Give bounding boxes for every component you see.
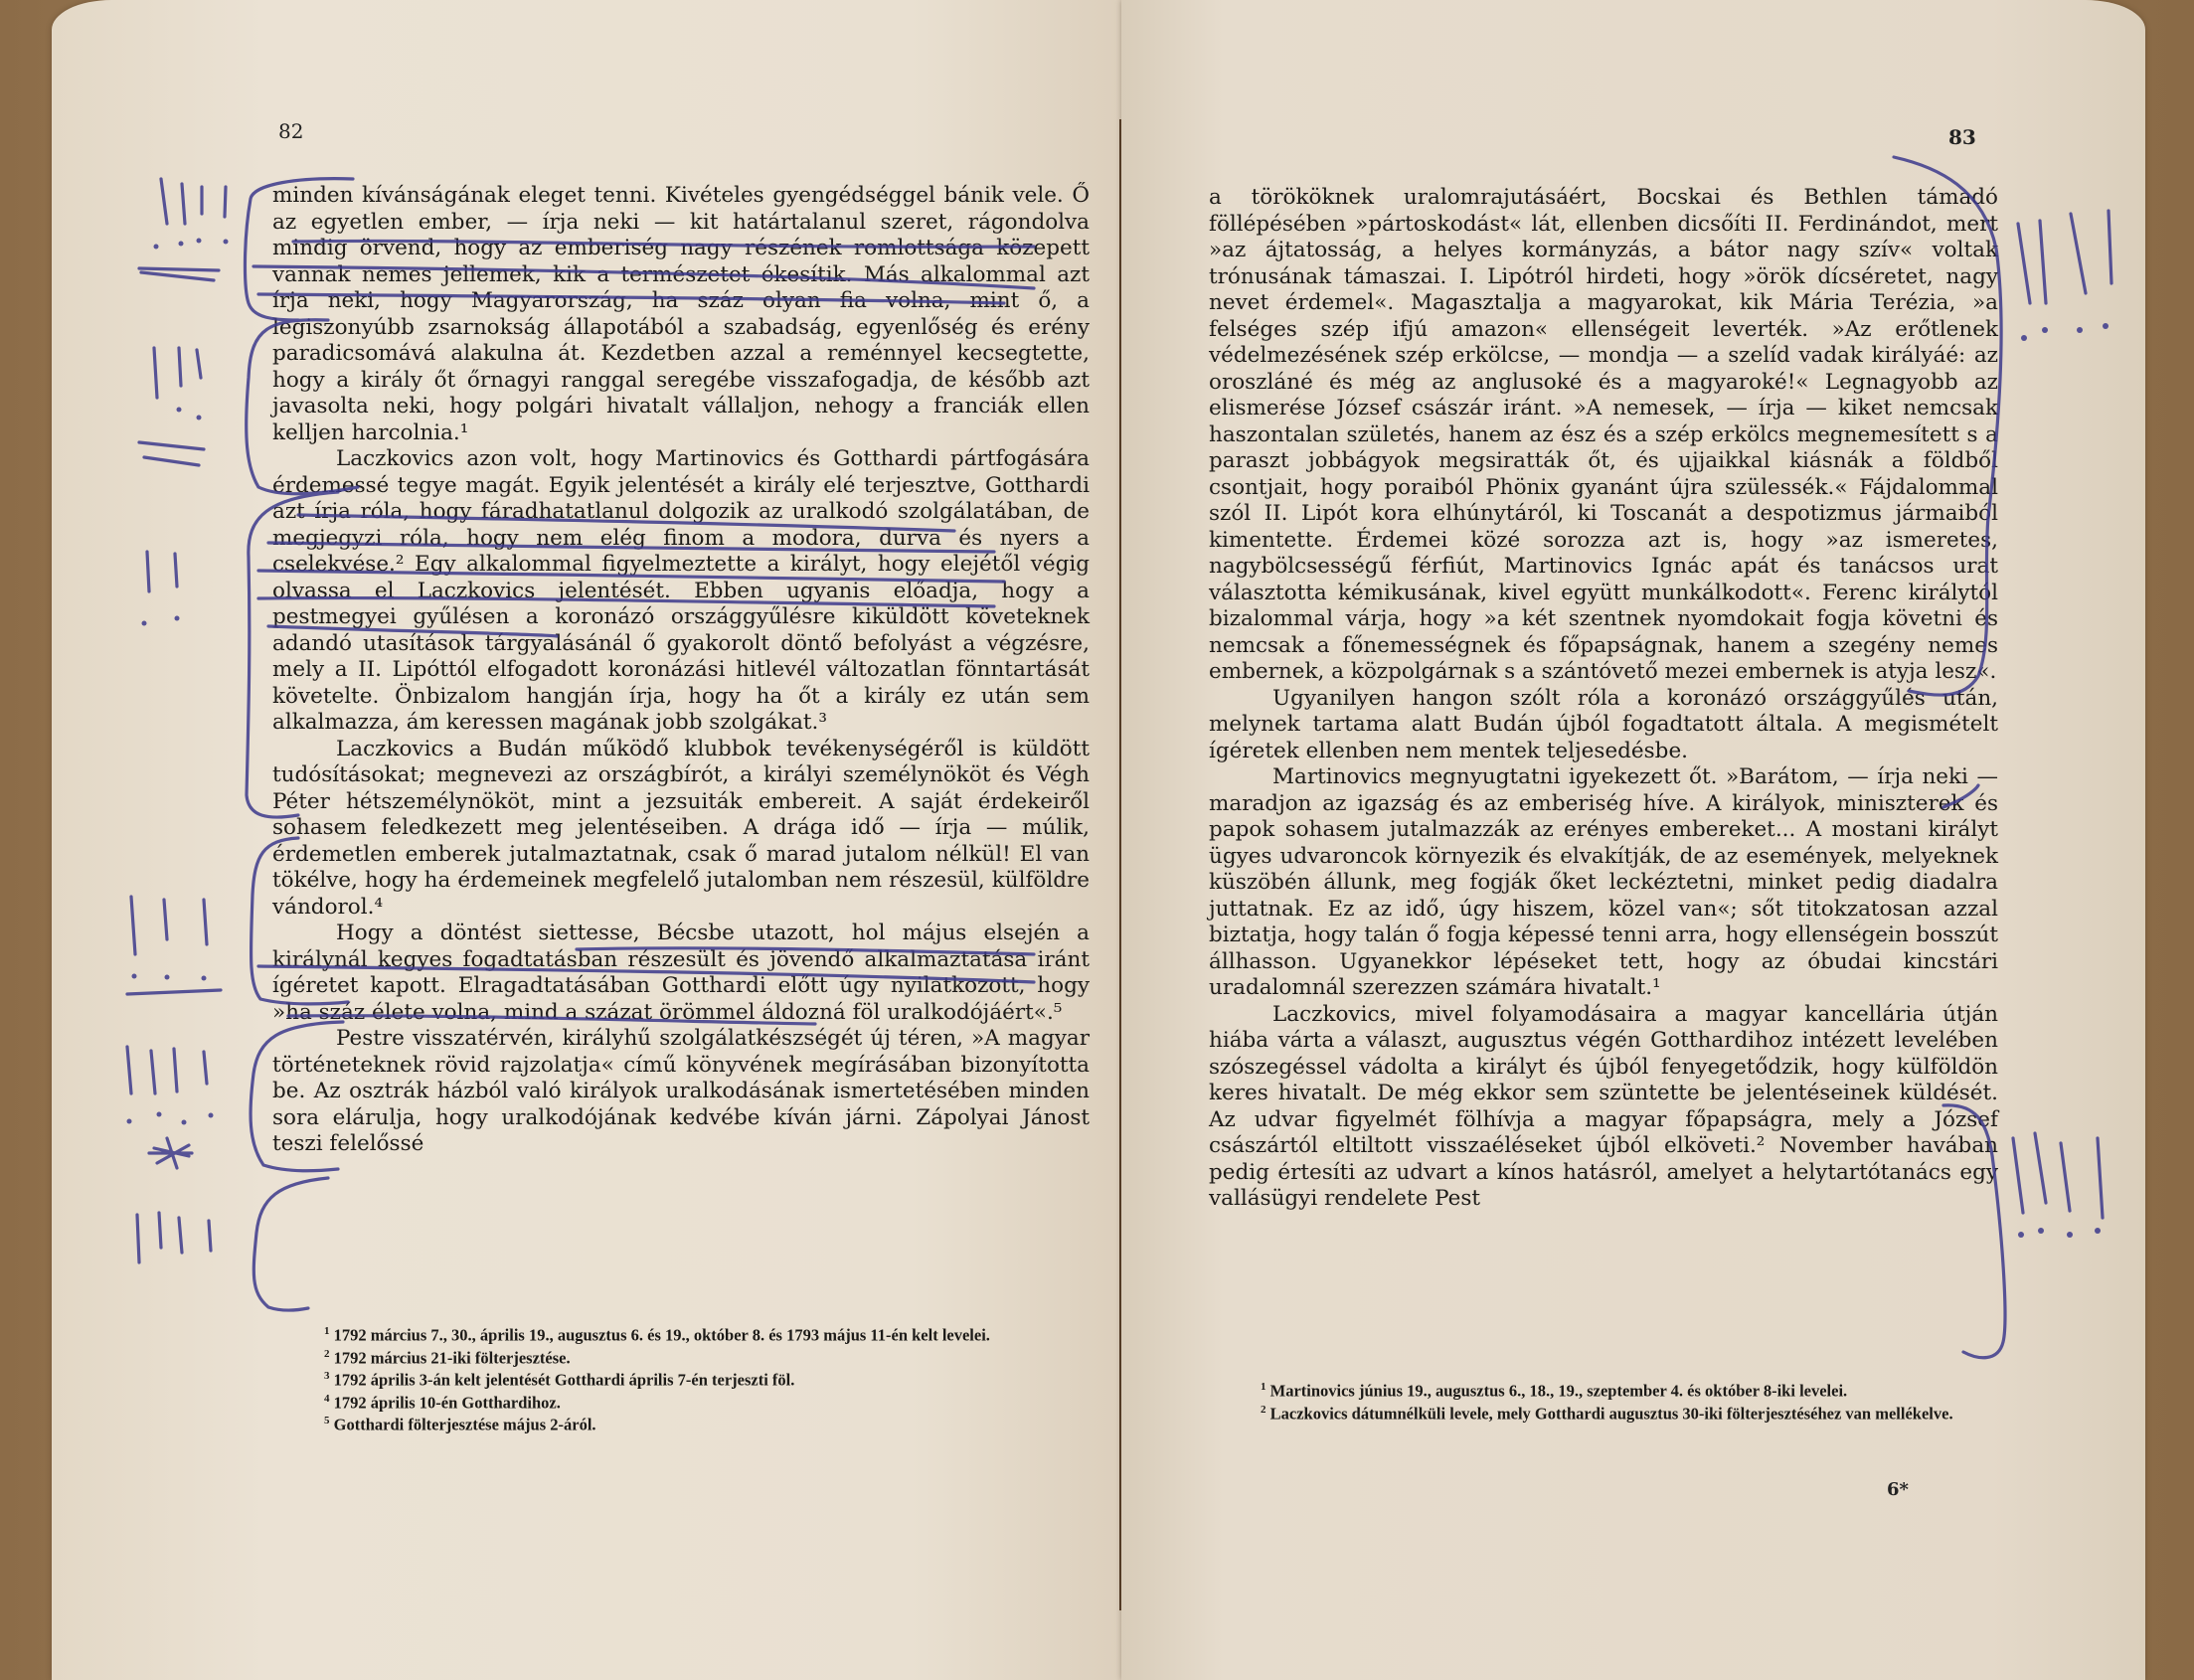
footnote: 1 Martinovics június 19., augusztus 6., … [1209,1378,1998,1401]
left-page-body: minden kívánságának eleget tenni. Kivéte… [272,183,1090,1158]
paragraph: Hogy a döntést siettesse, Bécsbe utazott… [272,921,1090,1026]
paragraph: a törököknek uralomrajutásáért, Bocskai … [1209,185,1998,686]
left-page-footnotes: 1 1792 március 7., 30., április 19., aug… [272,1322,1090,1434]
footnote: 3 1792 április 3-án kelt jelentését Gott… [272,1367,1090,1390]
page-number-right: 83 [1948,125,1976,149]
footnote: 2 1792 március 21-iki fölterjesztése. [272,1345,1090,1368]
footnote: 1 1792 március 7., 30., április 19., aug… [272,1322,1090,1345]
footnote: 4 1792 április 10-én Gotthardihoz. [272,1390,1090,1413]
right-page: 83 a törököknek uralomrajutásáért, Bocsk… [1121,0,2145,1680]
footnote: 5 Gotthardi fölterjesztése május 2-áról. [272,1412,1090,1434]
paragraph: Martinovics megnyugtatni igyekezett őt. … [1209,764,1998,1002]
paragraph: Laczkovics a Budán működő klubbok tevéke… [272,737,1090,922]
signature-mark: 6* [1887,1479,1909,1500]
footnote: 2 Laczkovics dátumnélküli levele, mely G… [1209,1401,1998,1424]
right-page-footnotes: 1 Martinovics június 19., augusztus 6., … [1209,1378,1998,1423]
right-page-body: a törököknek uralomrajutásáért, Bocskai … [1209,185,1998,1213]
paragraph: minden kívánságának eleget tenni. Kivéte… [272,183,1090,446]
paragraph: Laczkovics azon volt, hogy Martinovics é… [272,446,1090,737]
paragraph: Pestre visszatérvén, királyhű szolgálatk… [272,1026,1090,1158]
left-page: 82 minden kívánságának eleget tenni. Kiv… [52,0,1125,1680]
page-number-left: 82 [278,119,303,143]
paragraph: Laczkovics, mivel folyamodásaira a magya… [1209,1002,1998,1213]
paragraph: Ugyanilyen hangon szólt róla a koronázó … [1209,686,1998,765]
